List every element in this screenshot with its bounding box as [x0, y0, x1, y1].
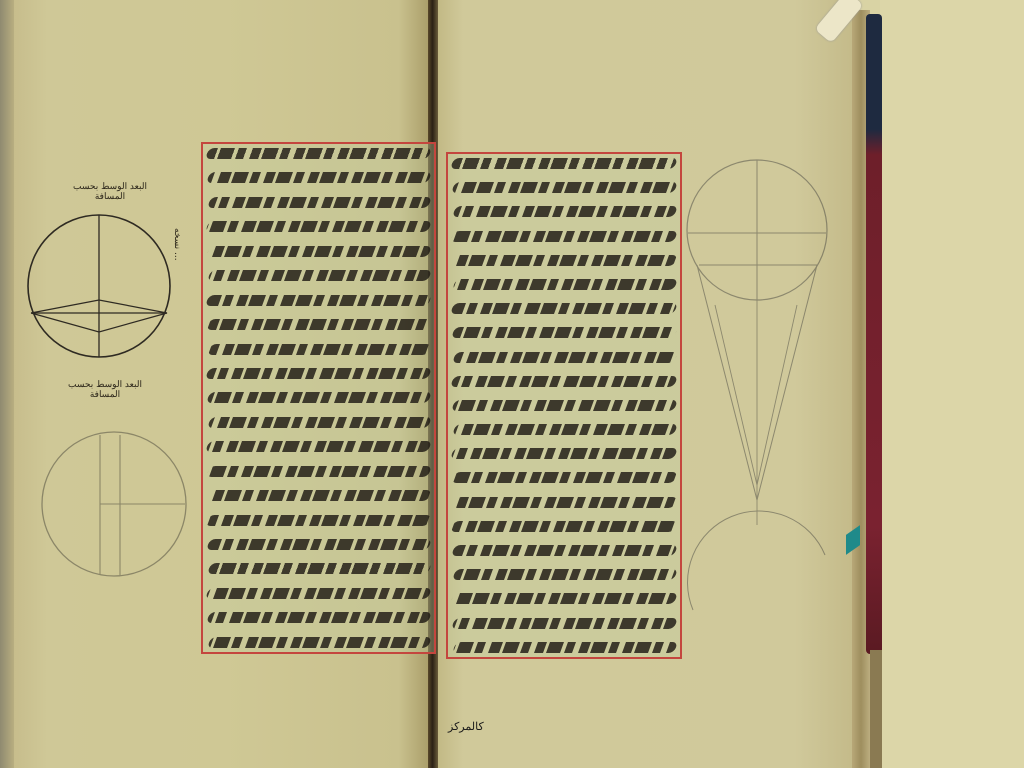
script-line [452, 642, 678, 653]
script-line [450, 376, 678, 387]
script-line [207, 344, 432, 355]
left-page-stack-edge [0, 0, 14, 768]
script-line [205, 441, 432, 452]
right-text-lines [448, 154, 680, 657]
script-line [206, 612, 432, 623]
script-line [451, 255, 678, 266]
script-line [206, 319, 432, 330]
script-line [206, 466, 432, 477]
script-line [207, 197, 432, 208]
script-line [205, 515, 432, 526]
script-line [452, 279, 678, 290]
catchword: كالمركز [448, 720, 484, 733]
script-line [207, 417, 432, 428]
script-line [205, 295, 432, 306]
script-line [450, 448, 678, 459]
script-line [452, 569, 678, 580]
script-line [451, 472, 678, 483]
background-wall [880, 0, 1024, 768]
script-line [207, 563, 432, 574]
right-text-block [446, 152, 682, 659]
script-line [452, 352, 678, 363]
script-line [451, 545, 678, 556]
script-line [207, 637, 432, 648]
script-line [206, 172, 432, 183]
script-line [451, 618, 678, 629]
left-text-block [201, 142, 436, 654]
diagram-bottom-caption: البعد الوسط بحسب المسافة [60, 380, 150, 400]
script-line [207, 490, 432, 501]
script-line [450, 158, 678, 169]
margin-note: نسخه ... [172, 228, 182, 261]
binding-edge [870, 650, 882, 768]
script-line [205, 588, 432, 599]
left-text-lines [203, 144, 434, 652]
script-line [451, 327, 678, 338]
script-line [452, 206, 678, 217]
cone-diagram [685, 155, 835, 615]
script-line [452, 424, 678, 435]
script-line [205, 221, 432, 232]
script-line [450, 521, 678, 532]
script-line [206, 246, 432, 257]
script-line [450, 303, 678, 314]
geometric-diagram-bottom [40, 430, 190, 580]
script-line [207, 270, 432, 281]
script-line [205, 368, 432, 379]
script-line [450, 231, 678, 242]
script-line [206, 392, 432, 403]
binding-strip [866, 14, 882, 654]
script-line [451, 400, 678, 411]
diagram-top-caption: البعد الوسط بحسب المسافة [60, 182, 160, 202]
geometric-diagram-top [25, 210, 175, 365]
script-line [451, 182, 678, 193]
script-line [206, 539, 432, 550]
open-manuscript: البعد الوسط بحسب المسافة البعد الوسط بحس… [0, 0, 880, 768]
script-line [205, 148, 432, 159]
script-line [452, 497, 678, 508]
script-line [450, 593, 678, 604]
